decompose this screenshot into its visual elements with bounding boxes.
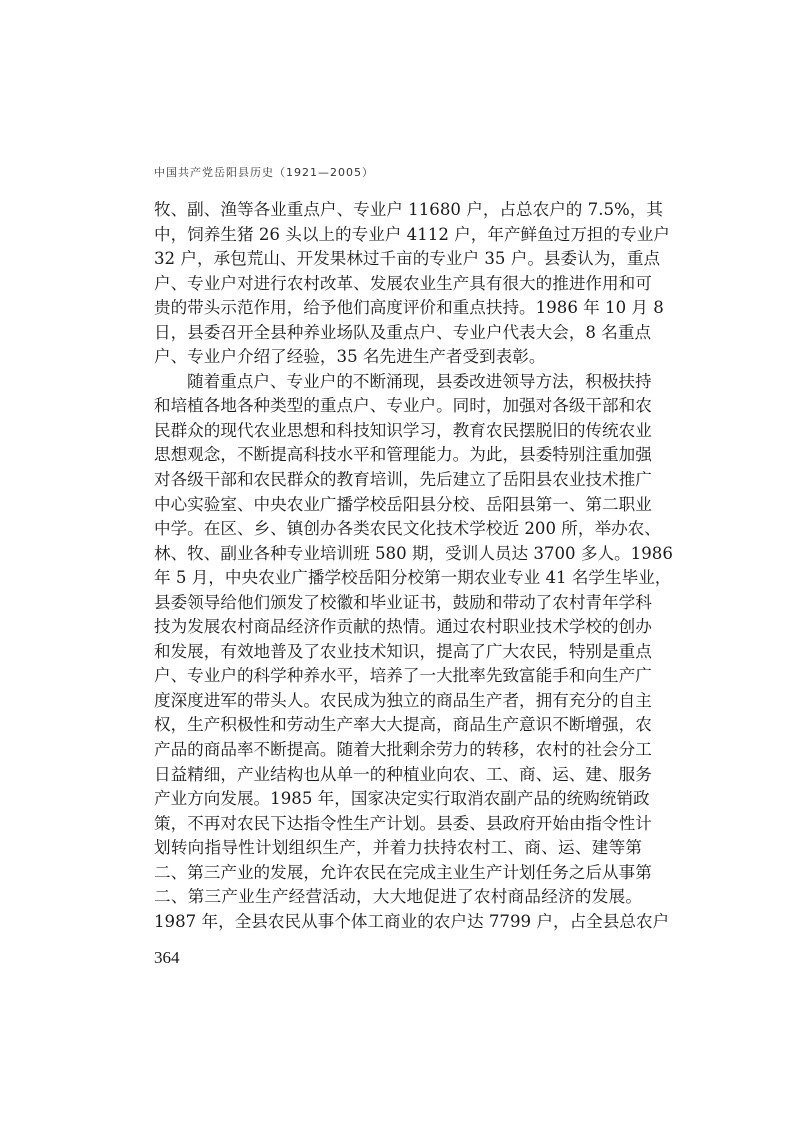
text-line: 产品的商品率不断提高。随着大批剩余劳力的转移，农村的社会分工 (154, 738, 642, 763)
text-line: 牧、副、渔等各业重点户、专业户 11680 户，占总农户的 7.5%，其 (154, 198, 642, 223)
text-line: 日，县委召开全县种养业场队及重点户、专业户代表大会，8 名重点 (154, 321, 642, 346)
text-line: 和培植各地各种类型的重点户、专业户。同时，加强对各级干部和农 (154, 394, 642, 419)
paragraph-1: 牧、副、渔等各业重点户、专业户 11680 户，占总农户的 7.5%，其 中，饲… (154, 198, 642, 370)
text-line: 中心实验室、中央农业广播学校岳阳县分校、岳阳县第一、第二职业 (154, 493, 642, 518)
text-line: 技为发展农村商品经济作贡献的热情。通过农村职业技术学校的创办 (154, 615, 642, 640)
text-line: 策，不再对农民下达指令性生产计划。县委、县政府开始由指令性计 (154, 812, 642, 837)
text-line: 划转向指导性计划组织生产，并着力扶持农村工、商、运、建等第 (154, 836, 642, 861)
text-line: 贵的带头示范作用，给予他们高度评价和重点扶持。1986 年 10 月 8 (154, 296, 642, 321)
text-line: 思想观念，不断提高科技水平和管理能力。为此，县委特别注重加强 (154, 443, 642, 468)
text-line: 权，生产积极性和劳动生产率大大提高，商品生产意识不断增强，农 (154, 713, 642, 738)
text-line: 二、第三产业的发展，允许农民在完成主业生产计划任务之后从事第 (154, 861, 642, 886)
text-line: 户、专业户的科学种养水平，培养了一大批率先致富能手和向生产广 (154, 664, 642, 689)
page-number: 364 (154, 948, 180, 968)
text-line: 和发展，有效地普及了农业技术知识，提高了广大农民，特别是重点 (154, 640, 642, 665)
text-line: 中，饲养生猪 26 头以上的专业户 4112 户，年产鲜鱼过万担的专业户 (154, 223, 642, 248)
text-line: 户、专业户介绍了经验，35 名先进生产者受到表彰。 (154, 345, 642, 370)
text-line: 对各级干部和农民群众的教育培训，先后建立了岳阳县农业技术推广 (154, 468, 642, 493)
text-line: 县委领导给他们颁发了校徽和毕业证书，鼓励和带动了农村青年学科 (154, 591, 642, 616)
text-line: 户、专业户对进行农村改革、发展农业生产具有很大的推进作用和可 (154, 272, 642, 297)
text-line: 32 户，承包荒山、开发果林过千亩的专业户 35 户。县委认为，重点 (154, 247, 642, 272)
text-line: 二、第三产业生产经营活动，大大地促进了农村商品经济的发展。 (154, 885, 642, 910)
text-line: 日益精细，产业结构也从单一的种植业向农、工、商、运、建、服务 (154, 763, 642, 788)
text-line: 年 5 月，中央农业广播学校岳阳分校第一期农业专业 41 名学生毕业， (154, 566, 642, 591)
text-line: 民群众的现代农业思想和科技知识学习，教育农民摆脱旧的传统农业 (154, 419, 642, 444)
paragraph-2: 随着重点户、专业户的不断涌现，县委改进领导方法，积极扶持 和培植各地各种类型的重… (154, 370, 642, 935)
text-line: 随着重点户、专业户的不断涌现，县委改进领导方法，积极扶持 (154, 370, 642, 395)
text-line: 产业方向发展。1985 年，国家决定实行取消农副产品的统购统销政 (154, 787, 642, 812)
running-header: 中国共产党岳阳县历史（1921—2005） (154, 164, 374, 180)
text-line: 1987 年，全县农民从事个体工商业的农户达 7799 户，占全县总农户 (154, 910, 642, 935)
text-line: 林、牧、副业各种专业培训班 580 期，受训人员达 3700 多人。1986 (154, 542, 642, 567)
text-line: 中学。在区、乡、镇创办各类农民文化技术学校近 200 所，举办农、 (154, 517, 642, 542)
text-line: 度深度进军的带头人。农民成为独立的商品生产者，拥有充分的自主 (154, 689, 642, 714)
body-text: 牧、副、渔等各业重点户、专业户 11680 户，占总农户的 7.5%，其 中，饲… (154, 198, 642, 934)
